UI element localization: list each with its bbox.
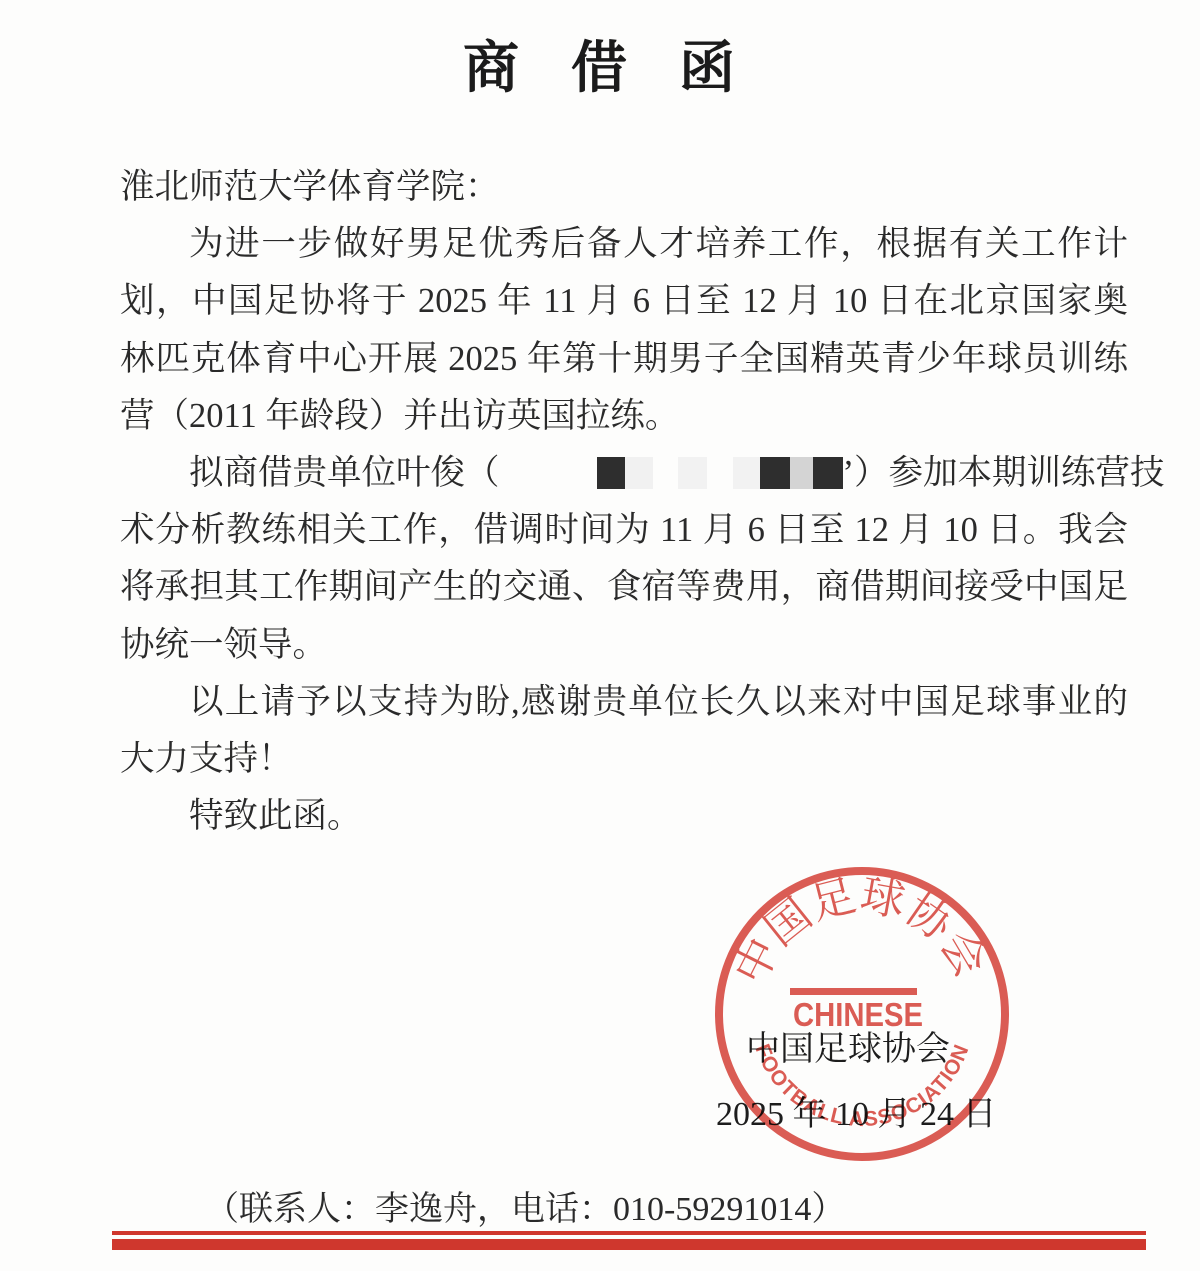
svg-text:FOOTBALL ASSOCIATION: FOOTBALL ASSOCIATION	[750, 1041, 974, 1131]
redaction-box	[707, 457, 733, 489]
redaction-suffix: ’）参加本期训练营技	[843, 454, 1165, 492]
letter-closing-line: 特致此函。	[120, 788, 1128, 845]
redaction-box	[678, 457, 707, 489]
letter-line: 将承担其工作期间产生的交通、食宿等费用，商借期间接受中国足	[120, 559, 1128, 616]
redaction-box	[733, 457, 760, 489]
contact-info-line: （联系人：李逸舟，电话：010-59291014）	[205, 1190, 845, 1230]
redaction-box	[625, 457, 653, 489]
stamp-bottom-arc-text: FOOTBALL ASSOCIATION	[750, 1041, 974, 1131]
footer-rule-thick	[112, 1239, 1146, 1250]
recipient-line: 淮北师范大学体育学院：	[120, 159, 1128, 216]
letter-title: 商 借 函	[0, 34, 1200, 104]
letter-line: 林匹克体育中心开展 2025 年第十期男子全国精英青少年球员训练	[120, 331, 1128, 388]
letter-line: 以上请予以支持为盼,感谢贵单位长久以来对中国足球事业的	[120, 674, 1128, 731]
letter-line: 术分析教练相关工作，借调时间为 11 月 6 日至 12 月 10 日。我会	[120, 502, 1128, 559]
footer-rule-thin	[112, 1231, 1146, 1235]
letter-page: 商 借 函 淮北师范大学体育学院： 为进一步做好男足优秀后备人才培养工作，根据有…	[0, 0, 1200, 1271]
redaction-boxes	[528, 457, 843, 489]
stamp-divider-bar	[790, 988, 917, 995]
letter-line-redacted: 拟商借贵单位叶俊（’）参加本期训练营技	[120, 445, 1128, 502]
official-seal-stamp: 中国足球协会 CHINESE FOOTBALL ASSOCIATION	[712, 864, 1012, 1164]
redaction-prefix: 拟商借贵单位叶俊（	[189, 454, 500, 492]
letter-line: 划，中国足协将于 2025 年 11 月 6 日至 12 月 10 日在北京国家…	[120, 273, 1128, 330]
letter-body: 淮北师范大学体育学院： 为进一步做好男足优秀后备人才培养工作，根据有关工作计 划…	[120, 159, 1128, 845]
redaction-box	[597, 457, 625, 489]
letter-line: 大力支持！	[120, 731, 1128, 788]
redaction-box	[760, 457, 790, 489]
redaction-box	[790, 457, 813, 489]
letter-line: 为进一步做好男足优秀后备人才培养工作，根据有关工作计	[120, 216, 1128, 273]
stamp-center-word: CHINESE	[793, 996, 923, 1033]
svg-text:中国足球协会: 中国足球协会	[725, 870, 995, 991]
letter-line: 营（2011 年龄段）并出访英国拉练。	[120, 388, 1128, 445]
letter-line: 协统一领导。	[120, 617, 1128, 674]
redaction-box	[813, 457, 843, 489]
stamp-top-arc-text: 中国足球协会	[725, 870, 995, 991]
redaction-box	[653, 457, 678, 489]
